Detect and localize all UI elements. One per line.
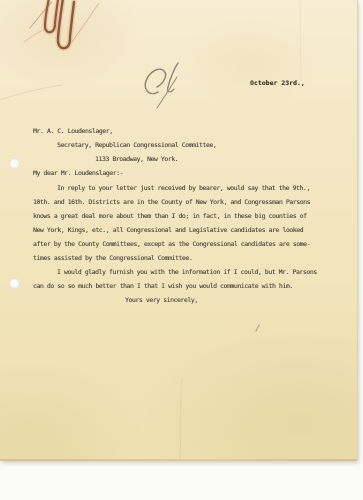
closing-line: Yours very sincerely, [125,295,198,305]
recipient-name: Mr. A. C. Loudenslager, [33,126,113,136]
body-line: New York, Kings, etc., all Congressional… [33,225,303,235]
body-line: In reply to your letter just received by… [57,183,310,193]
salutation: My dear Mr. Loudenslager:- [33,168,123,178]
pencil-tick [256,325,259,331]
body-line: I would gladly furnish you with the info… [57,267,317,277]
recipient-address: 1133 Broadway, New York. [95,154,178,164]
punch-hole-bottom [9,278,20,289]
punch-hole-top [9,158,20,169]
body-line: knows a great deal more about them than … [33,211,307,221]
body-line: times assisted by the Congressional Comm… [33,253,192,263]
paper-bottom-edge [0,459,357,461]
body-line: can do so so much better than I that I w… [33,281,293,291]
date-line: October 23rd., [250,78,305,88]
pencil-note-strokes [145,63,178,108]
letter-paper: October 23rd., Mr. A. C. Loudenslager, S… [0,0,358,461]
recipient-title: Secretary, Republican Congressional Comm… [57,140,216,150]
page-background: { "document": { "date": "October 23rd.,"… [0,0,363,500]
body-line: after by the County Committees, except a… [33,239,310,249]
body-line: 10th. and 16th. Districts are in the Cou… [33,197,310,207]
